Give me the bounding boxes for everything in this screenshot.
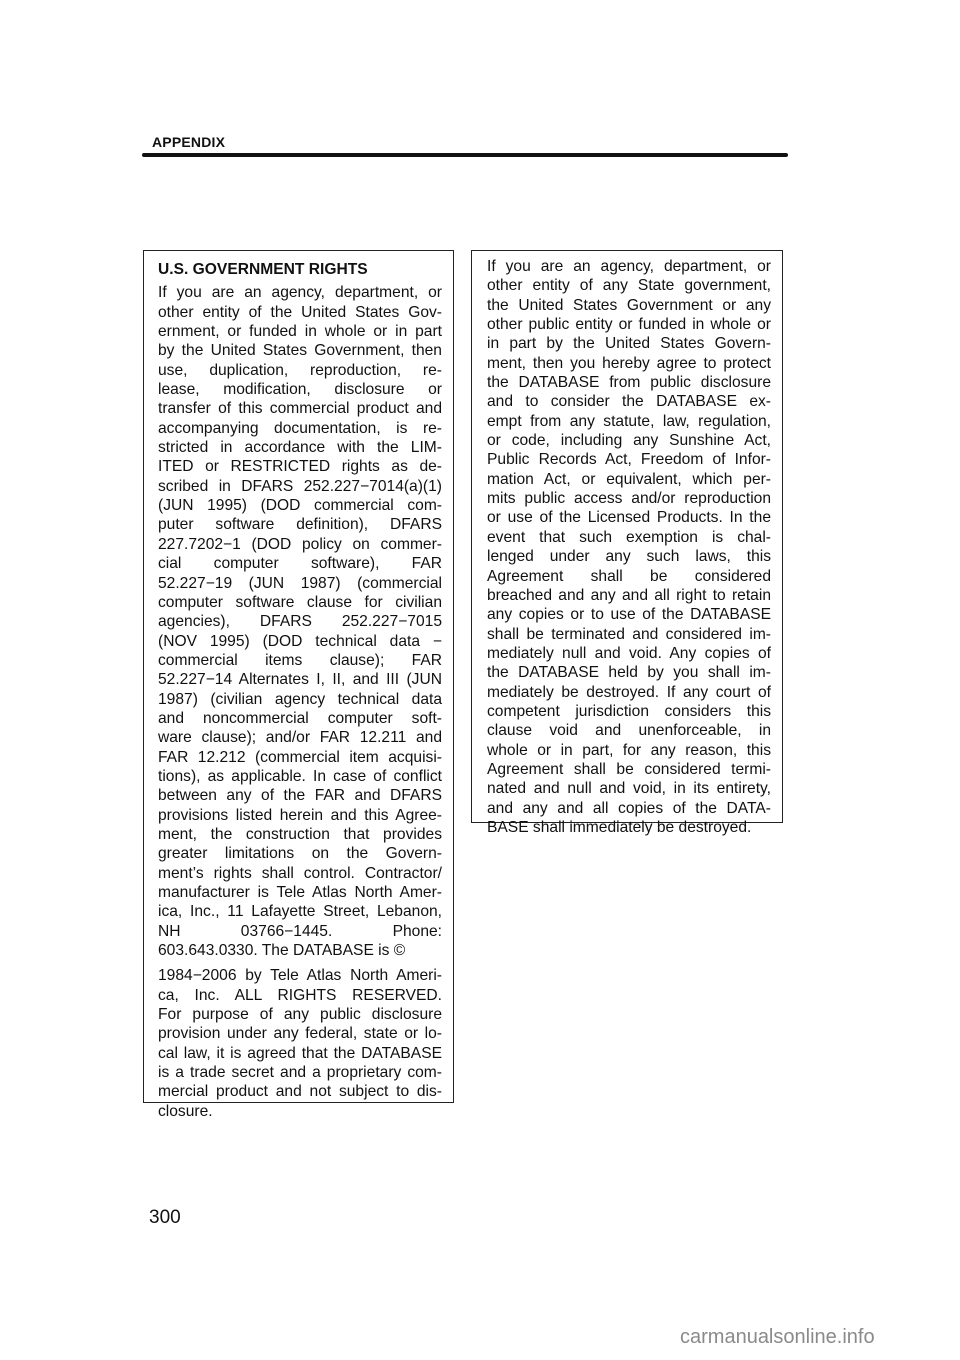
text-line: ITED or RESTRICTED rights as de- [158,457,442,476]
us-government-rights-box: U.S. GOVERNMENT RIGHTS If you are an age… [143,250,454,1103]
text-line: mits public access and/or reproduction [487,489,771,508]
text-line: cial computer software), FAR [158,554,442,573]
text-line: greater limitations on the Govern- [158,844,442,863]
text-line: lenged under any such laws, this [487,547,771,566]
text-line: agencies), DFARS 252.227−7015 [158,612,442,631]
text-line: breached and any and all right to retain [487,586,771,605]
text-line: or use of the Licensed Products. In the [487,508,771,527]
header-divider [142,153,788,157]
text-line: is a trade secret and a proprietary com- [158,1063,442,1082]
text-line: event that such exemption is chal- [487,528,771,547]
text-line: 603.643.0330. The DATABASE is © [158,941,442,960]
text-line: between any of the FAR and DFARS [158,786,442,805]
text-line: puter software definition), DFARS [158,515,442,534]
text-line: and noncommercial computer soft- [158,709,442,728]
text-line: ment, the construction that provides [158,825,442,844]
text-line: stricted in accordance with the LIM- [158,438,442,457]
text-line: other entity of any State government, [487,276,771,295]
text-line: or code, including any Sunshine Act, [487,431,771,450]
text-line: in part by the United States Govern- [487,334,771,353]
text-line: For purpose of any public disclosure [158,1005,442,1024]
text-line: manufacturer is Tele Atlas North Amer- [158,883,442,902]
text-line: mation Act, or equivalent, which per- [487,470,771,489]
text-line: the DATABASE held by you shall im- [487,663,771,682]
right-paragraph: If you are an agency, department, orothe… [487,257,771,837]
text-line: nated and null and void, in its entirety… [487,779,771,798]
section-title: APPENDIX [152,134,225,150]
text-line: NH 03766−1445. Phone: [158,922,442,941]
text-line: provision under any federal, state or lo… [158,1024,442,1043]
text-line: ware clause); and/or FAR 12.211 and [158,728,442,747]
text-line: competent jurisdiction considers this [487,702,771,721]
text-line: computer software clause for civilian [158,593,442,612]
text-line: by the United States Government, then [158,341,442,360]
text-line: Agreement shall be considered [487,567,771,586]
text-line: ernment, or funded in whole or in part [158,322,442,341]
text-line: and any and all copies of the DATA- [487,799,771,818]
text-line: cal law, it is agreed that the DATABASE [158,1044,442,1063]
text-line: 1987) (civilian agency technical data [158,690,442,709]
text-line: the United States Government or any [487,296,771,315]
text-line: use, duplication, reproduction, re- [158,361,442,380]
text-line: mediately null and void. Any copies of [487,644,771,663]
text-line: scribed in DFARS 252.227−7014(a)(1) [158,477,442,496]
text-line: commercial items clause); FAR [158,651,442,670]
state-government-box: If you are an agency, department, orothe… [471,250,783,823]
text-line: the DATABASE from public disclosure [487,373,771,392]
text-line: (NOV 1995) (DOD technical data − [158,632,442,651]
text-line: ment’s rights shall control. Contractor/ [158,864,442,883]
text-line: and to consider the DATABASE ex- [487,392,771,411]
page-number: 300 [149,1207,181,1229]
text-line: transfer of this commercial product and [158,399,442,418]
text-line: ment, then you hereby agree to protect [487,354,771,373]
left-box-text: U.S. GOVERNMENT RIGHTS If you are an age… [158,260,442,1121]
watermark: carmanualsonline.info [680,1326,875,1349]
left-paragraph-1: If you are an agency, department, orothe… [158,283,442,960]
left-paragraph-2: 1984−2006 by Tele Atlas North Ameri-ca, … [158,966,442,1121]
text-line: If you are an agency, department, or [158,283,442,302]
text-line: ica, Inc., 11 Lafayette Street, Lebanon, [158,902,442,921]
text-line: FAR 12.212 (commercial item acquisi- [158,748,442,767]
text-line: provisions listed herein and this Agree- [158,806,442,825]
text-line: mediately be destroyed. If any court of [487,683,771,702]
text-line: clause void and unenforceable, in [487,721,771,740]
text-line: 1984−2006 by Tele Atlas North Ameri- [158,966,442,985]
text-line: accompanying documentation, is re- [158,419,442,438]
text-line: other entity of the United States Gov- [158,303,442,322]
text-line: other public entity or funded in whole o… [487,315,771,334]
text-line: Public Records Act, Freedom of Infor- [487,450,771,469]
text-line: 52.227−14 Alternates I, II, and III (JUN [158,670,442,689]
text-line: empt from any statute, law, regulation, [487,412,771,431]
text-line: whole or in part, for any reason, this [487,741,771,760]
right-box-text: If you are an agency, department, orothe… [487,257,771,837]
text-line: ca, Inc. ALL RIGHTS RESERVED. [158,986,442,1005]
text-line: Agreement shall be considered termi- [487,760,771,779]
text-line: 52.227−19 (JUN 1987) (commercial [158,574,442,593]
text-line: closure. [158,1102,442,1121]
text-line: mercial product and not subject to dis- [158,1082,442,1101]
box-heading: U.S. GOVERNMENT RIGHTS [158,260,442,279]
text-line: (JUN 1995) (DOD commercial com- [158,496,442,515]
text-line: If you are an agency, department, or [487,257,771,276]
text-line: 227.7202−1 (DOD policy on commer- [158,535,442,554]
text-line: lease, modification, disclosure or [158,380,442,399]
text-line: tions), as applicable. In case of confli… [158,767,442,786]
text-line: BASE shall immediately be destroyed. [487,818,771,837]
text-line: shall be terminated and considered im- [487,625,771,644]
text-line: any copies or to use of the DATABASE [487,605,771,624]
